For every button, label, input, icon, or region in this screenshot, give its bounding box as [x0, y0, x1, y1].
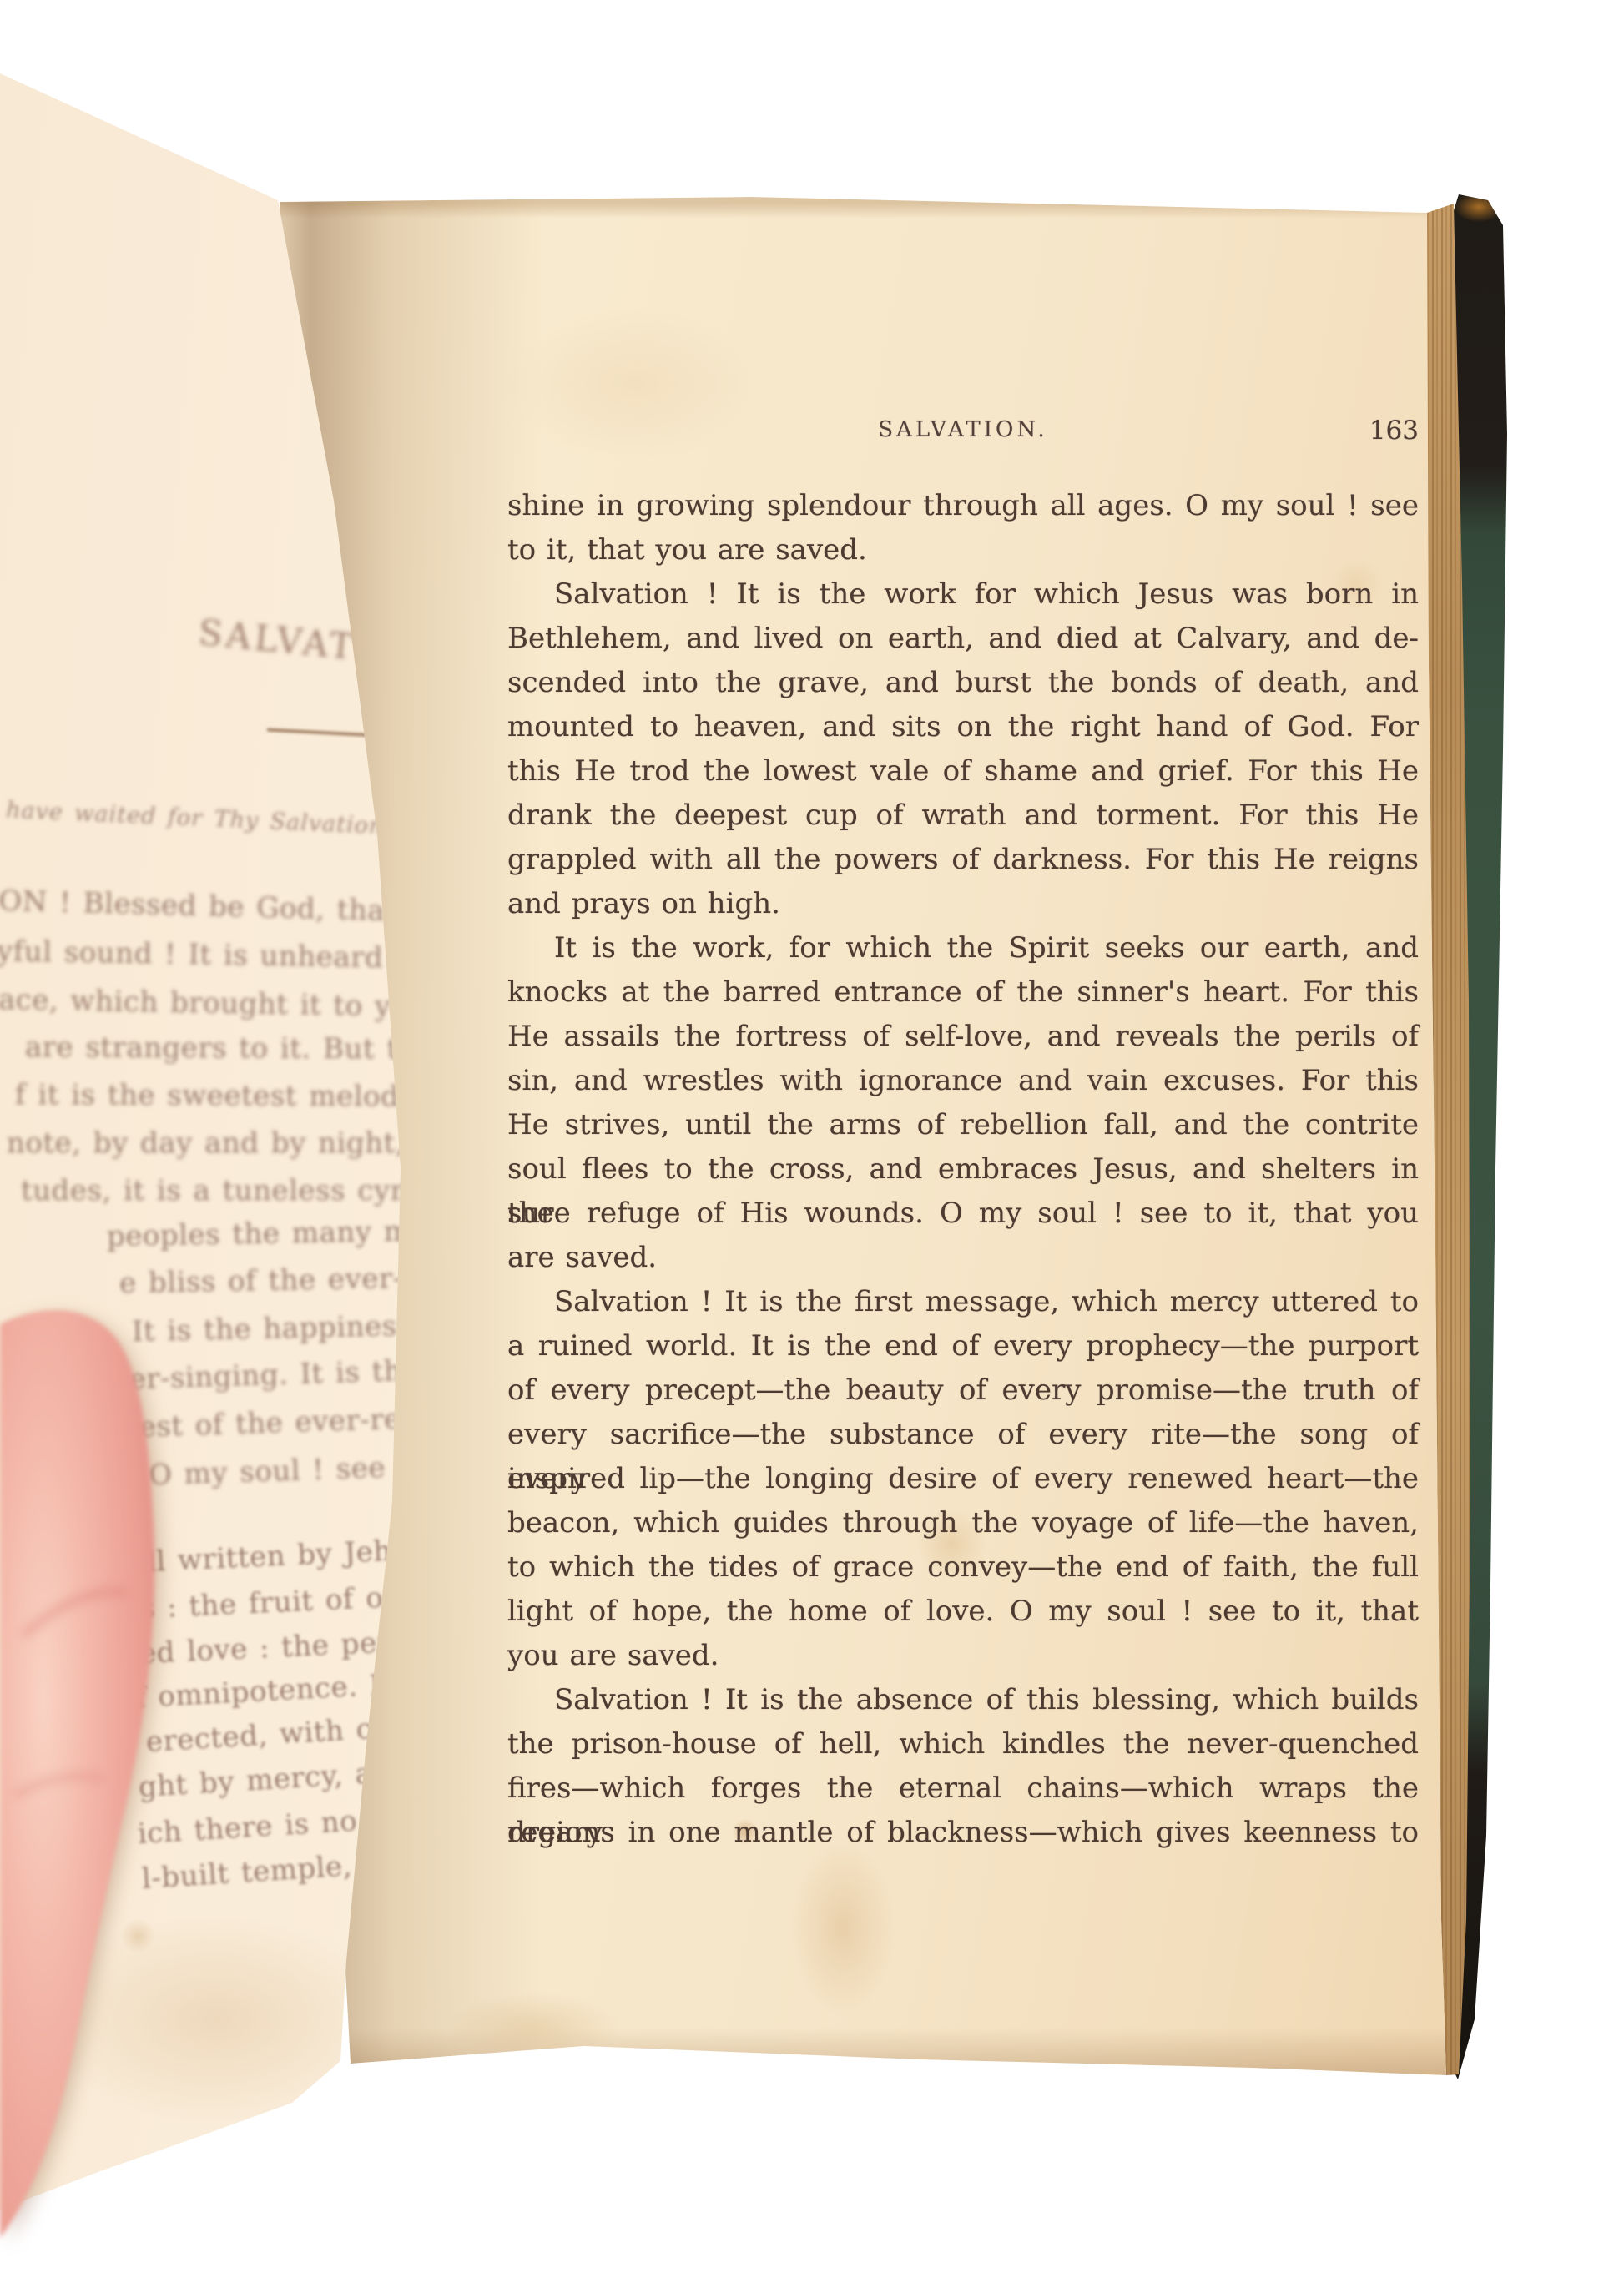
- book-photograph: { "scene": { "description": "Photograph …: [0, 0, 1624, 2273]
- thumb: [0, 0, 1624, 2273]
